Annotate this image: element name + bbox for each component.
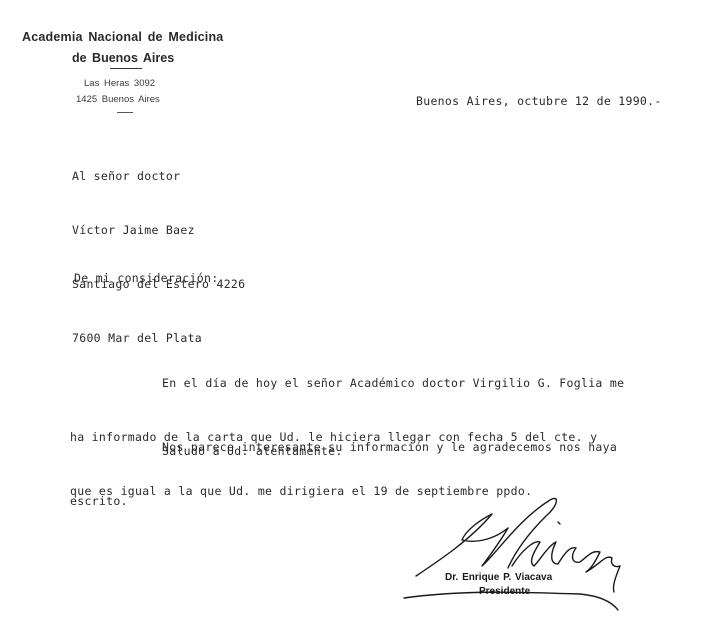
recipient-salutation-line: Al señor doctor	[72, 167, 245, 185]
paragraph-line: Nos parece interesante su información y …	[70, 438, 617, 456]
signer-title: Presidente	[479, 586, 530, 597]
salutation: De mi consideración:	[74, 271, 218, 285]
institution-street-address: Las Heras 3092	[84, 78, 155, 89]
paragraph-line: En el día de hoy el señor Académico doct…	[70, 374, 690, 392]
institution-name-line2: de Buenos Aires	[72, 51, 174, 65]
letterhead-divider-small	[117, 112, 133, 113]
closing-line: Saludo a Ud. atentamente.	[162, 444, 343, 458]
institution-city-address: 1425 Buenos Aires	[76, 94, 160, 105]
letter-date: Buenos Aires, octubre 12 de 1990.-	[416, 94, 662, 108]
handwritten-signature-icon	[400, 480, 709, 633]
signer-name: Dr. Enrique P. Viacava	[445, 572, 552, 583]
recipient-name: Víctor Jaime Baez	[72, 221, 245, 239]
institution-name-line1: Academia Nacional de Medicina	[22, 30, 223, 44]
letterhead-divider	[110, 68, 142, 69]
